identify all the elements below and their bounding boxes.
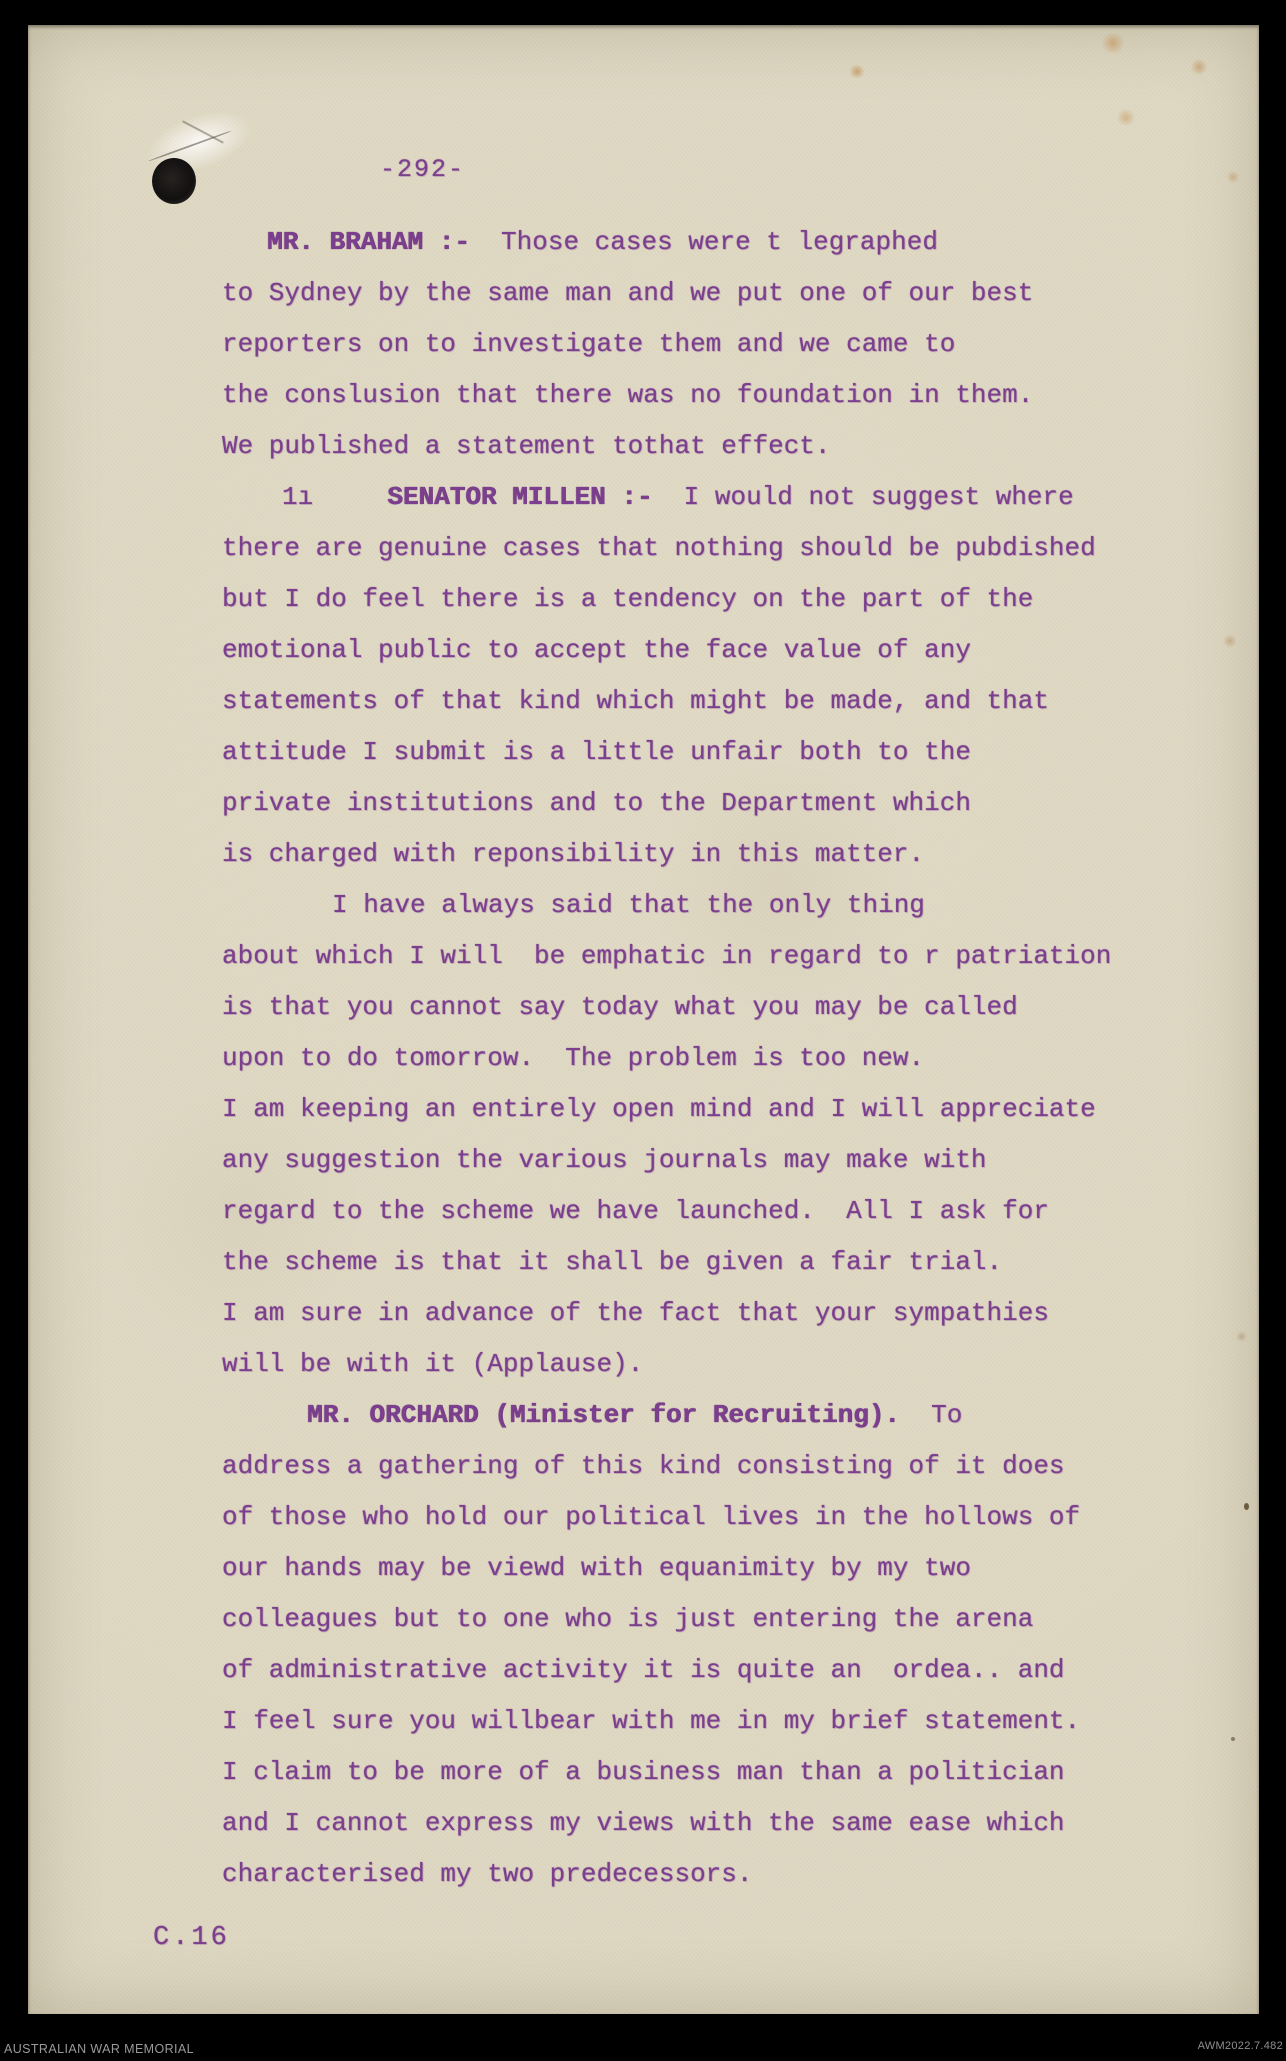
foxing-stain xyxy=(848,65,866,78)
speaker-name: MR. BRAHAM :- xyxy=(267,227,470,257)
text-line: reporters on to investigate them and we … xyxy=(222,319,1232,370)
text-line: is that you cannot say today what you ma… xyxy=(222,982,1232,1033)
text-line: private institutions and to the Departme… xyxy=(222,778,1232,829)
text-line: attitude I submit is a little unfair bot… xyxy=(222,727,1232,778)
text-line: MR. ORCHARD (Minister for Recruiting). T… xyxy=(222,1390,1232,1441)
text-line: I have always said that the only thing xyxy=(222,880,1232,931)
speaker-name: MR. ORCHARD (Minister for Recruiting). xyxy=(307,1400,900,1430)
foxing-stain xyxy=(1100,33,1126,53)
text-line: of administrative activity it is quite a… xyxy=(222,1645,1232,1696)
text-line: and I cannot express my views with the s… xyxy=(222,1798,1232,1849)
speaker-name: SENATOR MILLEN :- xyxy=(387,482,652,512)
line-text: I would not suggest where xyxy=(652,482,1073,512)
foxing-stain xyxy=(1226,171,1240,183)
line-text: To xyxy=(900,1400,962,1430)
document-body: MR. BRAHAM :- Those cases were t legraph… xyxy=(222,217,1232,1900)
text-line: the scheme is that it shall be given a f… xyxy=(222,1237,1232,1288)
text-line: statements of that kind which might be m… xyxy=(222,676,1232,727)
text-line: the conslusion that there was no foundat… xyxy=(222,370,1232,421)
text-line: I am sure in advance of the fact that yo… xyxy=(222,1288,1232,1339)
line-text: Those cases were t legraphed xyxy=(470,227,938,257)
document-page: -292- MR. BRAHAM :- Those cases were t l… xyxy=(28,25,1259,2014)
text-line: there are genuine cases that nothing sho… xyxy=(222,523,1232,574)
text-line: to Sydney by the same man and we put one… xyxy=(222,268,1232,319)
text-line: address a gathering of this kind consist… xyxy=(222,1441,1232,1492)
text-line: 1ıSENATOR MILLEN :- I would not suggest … xyxy=(222,472,1232,523)
text-line: our hands may be viewd with equanimity b… xyxy=(222,1543,1232,1594)
text-line: We published a statement tothat effect. xyxy=(222,421,1232,472)
text-line: will be with it (Applause). xyxy=(222,1339,1232,1390)
punch-hole xyxy=(152,158,196,204)
series-mark: C.16 xyxy=(153,1923,230,1953)
catalogue-number: AWM2022.7.482 xyxy=(1198,2040,1283,2052)
text-line: upon to do tomorrow. The problem is too … xyxy=(222,1033,1232,1084)
paper-speck xyxy=(1244,1503,1249,1510)
text-line: is charged with reponsibility in this ma… xyxy=(222,829,1232,880)
foxing-stain xyxy=(1236,1331,1247,1342)
archive-footer: AUSTRALIAN WAR MEMORIAL AWM2022.7.482 xyxy=(0,2014,1286,2061)
scanned-document: -292- MR. BRAHAM :- Those cases were t l… xyxy=(0,0,1286,2061)
text-line: emotional public to accept the face valu… xyxy=(222,625,1232,676)
text-line: I claim to be more of a business man tha… xyxy=(222,1747,1232,1798)
text-line: MR. BRAHAM :- Those cases were t legraph… xyxy=(222,217,1232,268)
foxing-stain xyxy=(1190,59,1208,75)
text-line: of those who hold our political lives in… xyxy=(222,1492,1232,1543)
page-number: -292- xyxy=(380,155,465,184)
foxing-stain xyxy=(1116,109,1136,126)
text-line: regard to the scheme we have launched. A… xyxy=(222,1186,1232,1237)
text-line: but I do feel there is a tendency on the… xyxy=(222,574,1232,625)
text-line: I feel sure you willbear with me in my b… xyxy=(222,1696,1232,1747)
text-line: colleagues but to one who is just enteri… xyxy=(222,1594,1232,1645)
text-line: I am keeping an entirely open mind and I… xyxy=(222,1084,1232,1135)
archive-name: AUSTRALIAN WAR MEMORIAL xyxy=(4,2042,194,2056)
text-line: any suggestion the various journals may … xyxy=(222,1135,1232,1186)
margin-mark: 1ı xyxy=(282,472,313,523)
text-line: about which I will be emphatic in regard… xyxy=(222,931,1232,982)
text-line: characterised my two predecessors. xyxy=(222,1849,1232,1900)
